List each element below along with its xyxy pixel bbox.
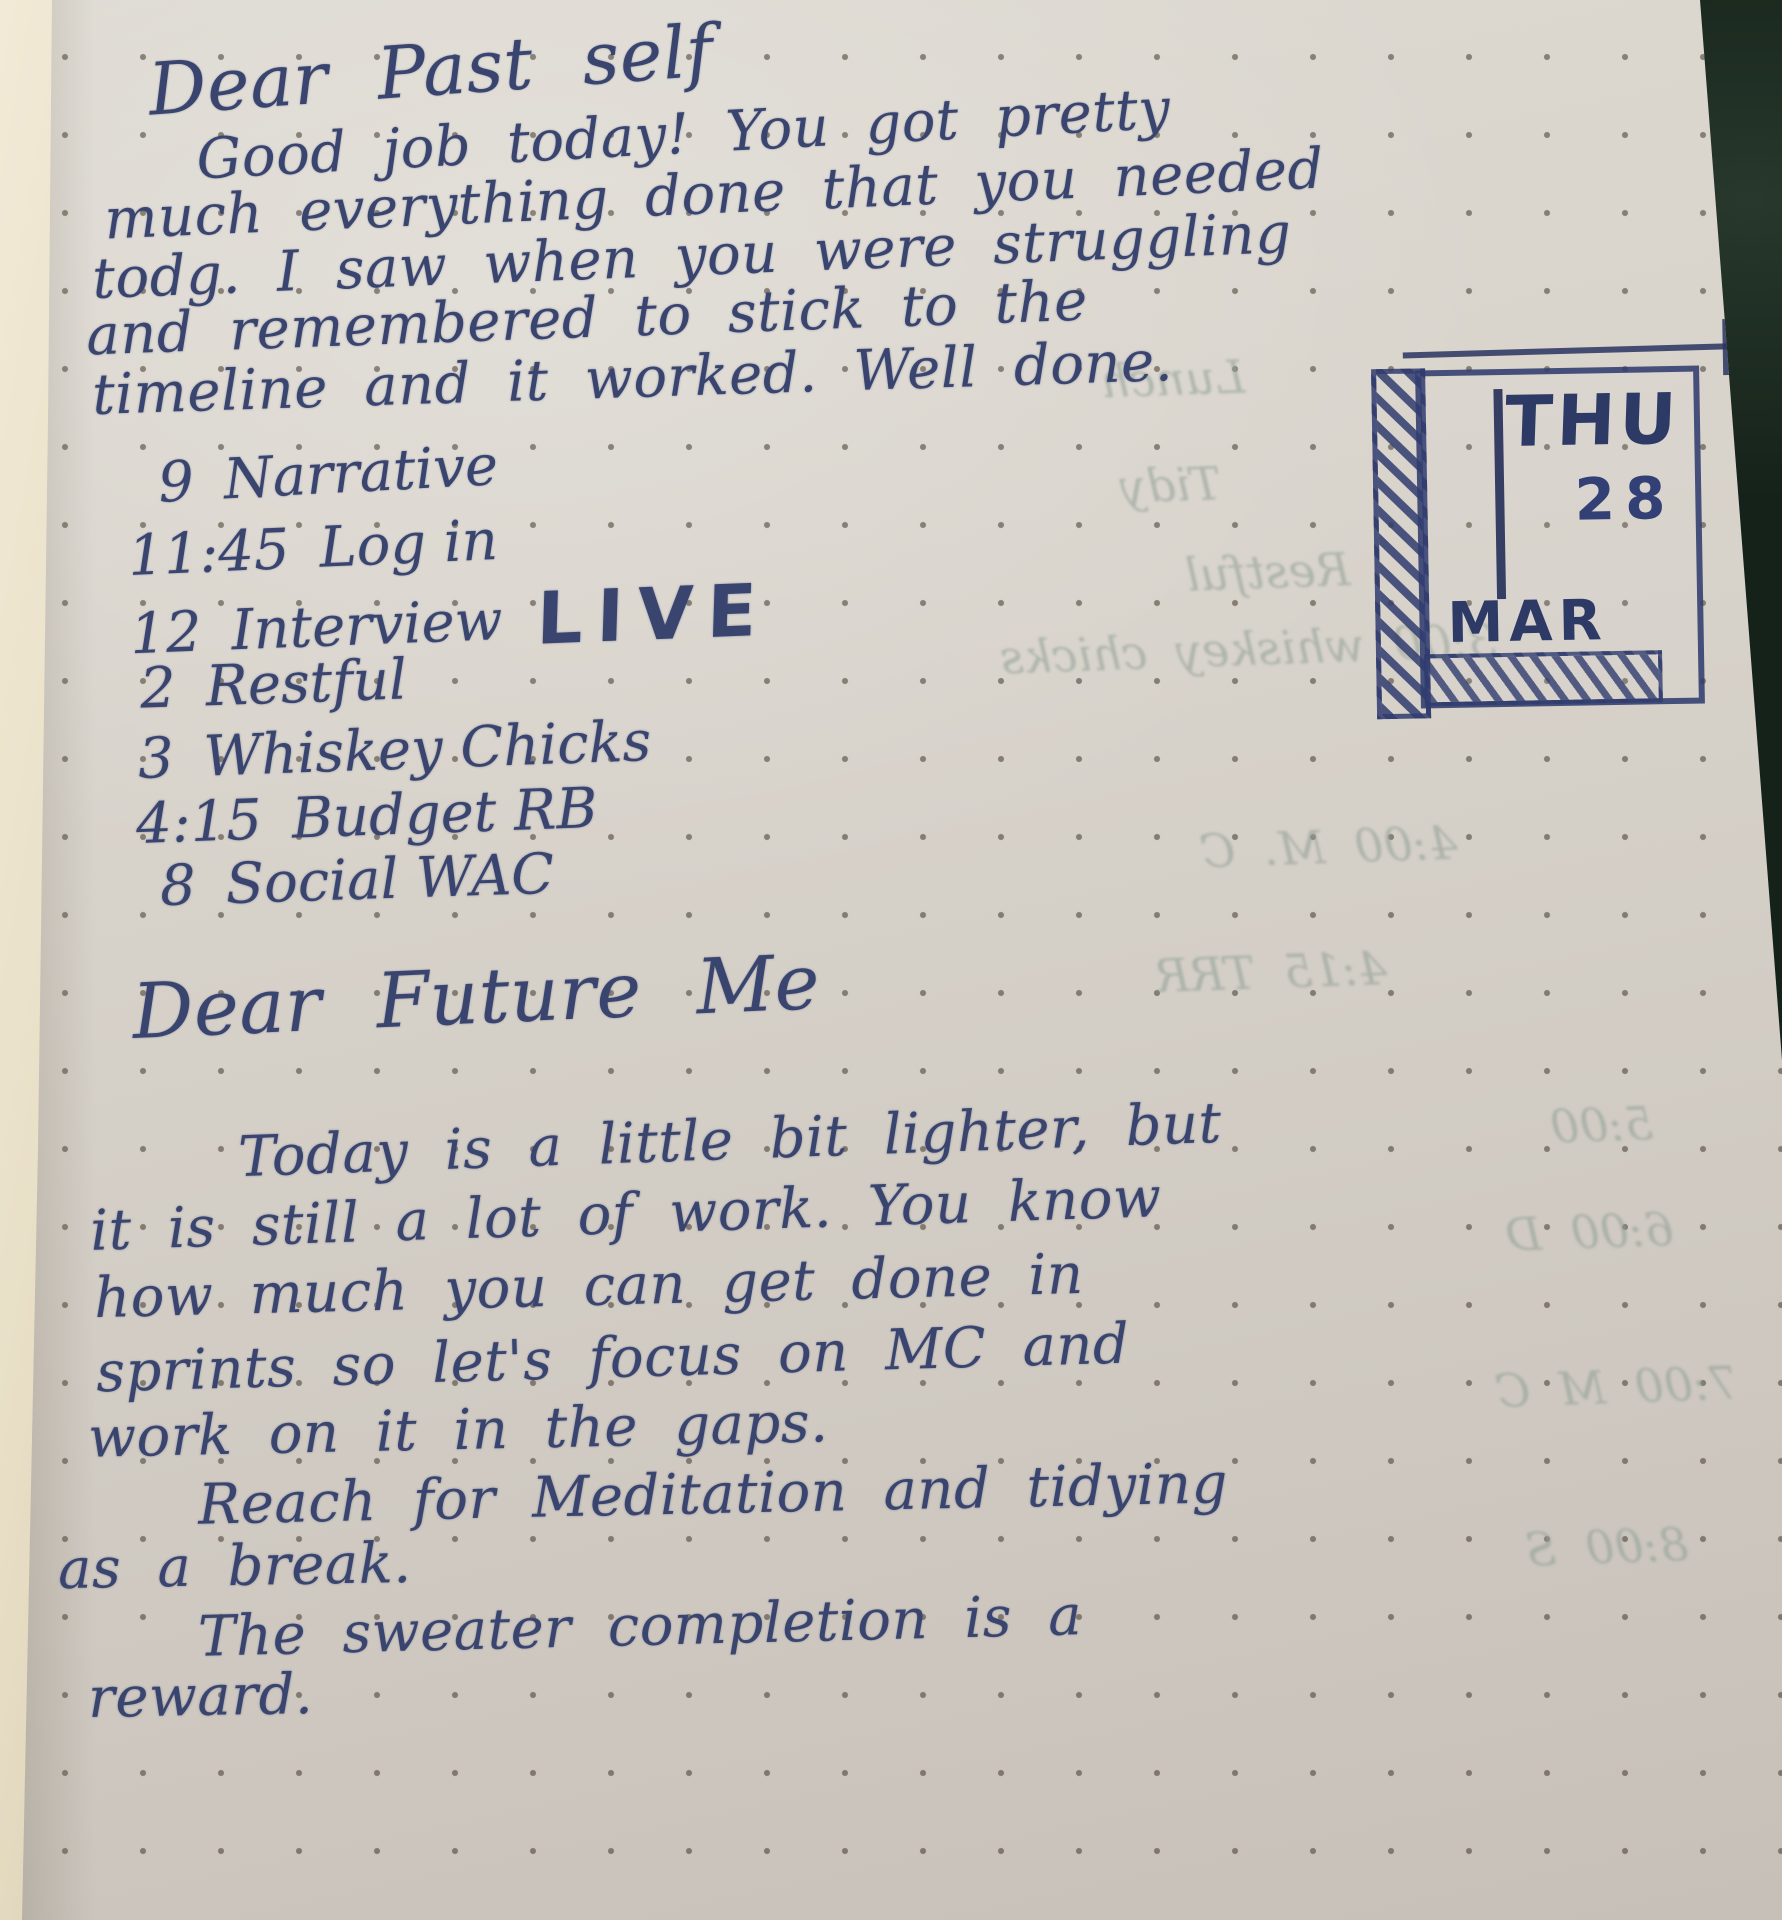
date-number: 28 (1574, 464, 1676, 534)
schedule-label: Restful (205, 647, 408, 719)
schedule-item: 8Social WAC (159, 842, 555, 919)
schedule-label: Log in (318, 508, 499, 581)
ghost-text: 4:15 TRR (1154, 941, 1388, 1003)
schedule-time: 2 (139, 655, 177, 721)
journal-page: Lunch Tidy Restful 3:00 whiskey chicks 4… (0, 0, 1782, 1920)
date-box-hatch-left (1371, 368, 1431, 719)
date-box-hatch-bottom (1424, 650, 1663, 706)
schedule-time: 8 (159, 853, 197, 919)
ghost-text: 8:00 S (1524, 1517, 1689, 1577)
schedule-time: 3 (137, 726, 175, 792)
future-me-line: as a break. (57, 1531, 412, 1602)
schedule-time: 11:45 (127, 517, 291, 589)
ghost-text: Restful (1184, 542, 1351, 602)
date-stamp-box: THU 28 MAR (1415, 366, 1705, 709)
ghost-text: 5:00 (1549, 1096, 1654, 1154)
date-day: THU (1503, 378, 1681, 463)
ghost-text: 7:00 M C (1494, 1356, 1739, 1418)
schedule-item: 2Restful (139, 647, 408, 721)
schedule-label: Budget RB (291, 776, 599, 852)
photo-of-journal: { "colors": { "ink": "#39446f", "paper":… (0, 0, 1782, 1920)
schedule-label: Social WAC (225, 842, 555, 917)
ghost-text: 4:00 M. C (1199, 816, 1458, 879)
schedule-time: 4:15 (135, 788, 263, 857)
live-caps: LIVE (535, 568, 771, 661)
ghost-text: Tidy (1119, 456, 1222, 513)
schedule-time: 9 (157, 449, 196, 516)
date-month: MAR (1447, 588, 1608, 656)
ghost-text: 6:00 D (1504, 1202, 1675, 1262)
future-me-line: reward. (87, 1662, 313, 1731)
